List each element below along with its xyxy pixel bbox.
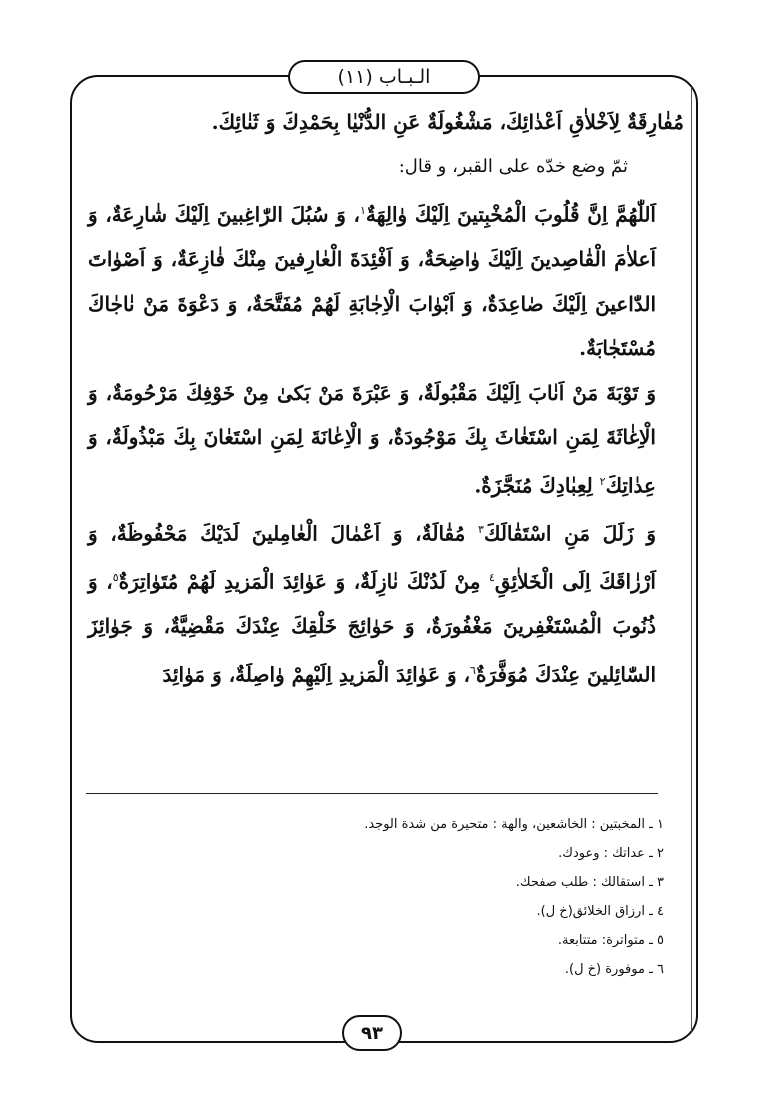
footnotes-list: ١ ـ المخبتين : الخاشعين، والهة : متحيرة … — [240, 810, 664, 984]
footnote-5: ٥ ـ متواترة: متتابعة. — [240, 926, 664, 955]
footnote-3: ٣ ـ استقالك : طلب صفحك. — [240, 868, 664, 897]
text-segment: مِنْ لَدُنْكَ نٰازِلَةٌ، وَ عَوٰائِدَ ال… — [119, 570, 489, 594]
page-number-badge: ٩٣ — [342, 1015, 402, 1051]
chapter-title-badge: الـبـاب (١١) — [288, 60, 480, 94]
supplication-paragraph-3: وَ زَلَلَ مَنِ اسْتَقٰالَكَ٣ مُقٰالَةٌ، … — [88, 508, 684, 697]
page-number: ٩٣ — [361, 1023, 383, 1044]
body-text: مُفٰارِقَةٌ لِاَخْلاٰقِ اَعْدٰائِكَ، مَش… — [88, 100, 684, 697]
text-segment: وَ زَلَلَ مَنِ اسْتَقٰالَكَ — [484, 521, 656, 545]
supplication-paragraph-1: اَللّٰهُمَّ اِنَّ قُلُوبَ الْمُخْبِتينَ … — [88, 189, 684, 371]
footnote-1: ١ ـ المخبتين : الخاشعين، والهة : متحيرة … — [240, 810, 664, 839]
text-segment: ، وَ عَوٰائِدَ الْمَزيدِ اِلَيْهِمْ وٰاص… — [162, 662, 470, 686]
chapter-title: الـبـاب (١١) — [338, 66, 431, 88]
narration-line: ثمّ وضع خدّه على القبر، و قال: — [88, 145, 684, 190]
frame-inner-line — [691, 87, 692, 1031]
text-segment: لِعِبٰادِكَ مُنَجَّزَةٌ. — [474, 473, 599, 497]
footnote-6: ٦ ـ موفورة (خ ل). — [240, 955, 664, 984]
paragraph-continuation: مُفٰارِقَةٌ لِاَخْلاٰقِ اَعْدٰائِكَ، مَش… — [88, 100, 684, 145]
footnote-4: ٤ ـ ارزاق الخلائق(خ ل). — [240, 897, 664, 926]
supplication-paragraph-2: وَ تَوْبَةَ مَنْ اَنٰابَ اِلَيْكَ مَقْبُ… — [88, 371, 684, 508]
footnote-2: ٢ ـ عداتك : وعودك. — [240, 839, 664, 868]
text-segment: اَللّٰهُمَّ اِنَّ قُلُوبَ الْمُخْبِتينَ … — [366, 203, 656, 227]
footnote-separator — [86, 793, 658, 794]
